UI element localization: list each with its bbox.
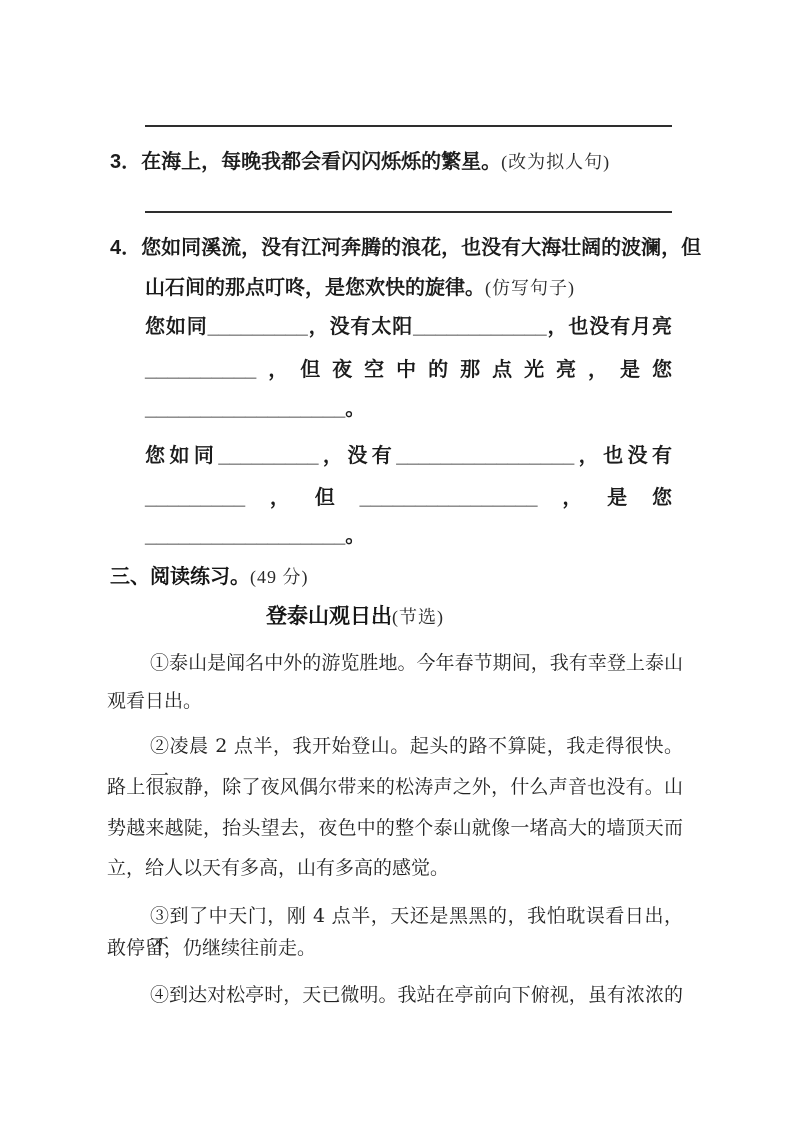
passage-line: 敢停留，仍继续往前走。 [107,933,316,963]
question-4-annotation: (仿写句子) [485,278,575,298]
fill-in-1-line-2: __________，但夜空中的那点光亮，是您 [145,355,672,385]
question-4-text-2: 山石间的那点叮咚，是您欢快的旋律。 [145,277,485,299]
passage-title-note: (节选) [392,607,444,627]
section-heading: 三、阅读练习。(49 分) [110,562,309,592]
fill-in-1-line-3: __________________。 [145,394,365,424]
passage-line: 观看日出。 [107,686,202,716]
fill-in-2-line-2: _________，但________________，是您 [145,483,672,513]
question-3-annotation: (改为拟人句) [501,152,610,172]
question-3-number: 3． [110,151,141,173]
passage-line: 势越来越陡，抬头望去，夜色中的整个泰山就像一堵高大的墙顶天而 [107,813,683,843]
passage-line: ②凌晨 2 点半，我开始登山。起头的路不算陡，我走得很快。一 [107,731,683,761]
question-3-text: 在海上，每晚我都会看闪闪烁烁的繁星。 [141,151,501,173]
passage-line: 路上很寂静，除了夜风偶尔带来的松涛声之外，什么声音也没有。山 [107,772,683,802]
fill-in-2-line-1: 您如同_________，没有________________，也没有 [145,441,672,471]
passage-line: ①泰山是闻名中外的游览胜地。今年春节期间，我有幸登上泰山 [107,648,683,678]
fill-in-1-line-1: 您如同_________，没有太阳____________，也没有月亮 [145,312,672,342]
passage-title: 登泰山观日出(节选) [110,602,600,632]
section-score: (49 分) [250,567,309,587]
answer-line [145,181,672,213]
question-4-number: 4． [110,237,141,259]
question-4-line-2: 山石间的那点叮咚，是您欢快的旋律。(仿写句子) [145,273,575,303]
question-4-text-1: 您如同溪流，没有江河奔腾的浪花，也没有大海壮阔的波澜，但 [141,237,701,259]
passage-line: 立，给人以天有多高，山有多高的感觉。 [107,853,449,883]
section-heading-text: 三、阅读练习。 [110,566,250,588]
passage-title-text: 登泰山观日出 [266,605,392,628]
question-4-line-1: 4．您如同溪流，没有江河奔腾的浪花，也没有大海壮阔的波澜，但 [110,233,701,263]
question-3: 3．在海上，每晚我都会看闪闪烁烁的繁星。(改为拟人句) [110,147,610,177]
passage-line: ④到达对松亭时，天已微明。我站在亭前向下俯视，虽有浓浓的 [107,980,683,1010]
worksheet-page: 3．在海上，每晚我都会看闪闪烁烁的繁星。(改为拟人句) 4．您如同溪流，没有江河… [0,0,793,1122]
answer-line [145,95,672,127]
fill-in-2-line-3: __________________。 [145,521,365,551]
passage-line: ③到了中天门，刚 4 点半，天还是黑黑的，我怕耽误看日出，不 [107,901,683,931]
